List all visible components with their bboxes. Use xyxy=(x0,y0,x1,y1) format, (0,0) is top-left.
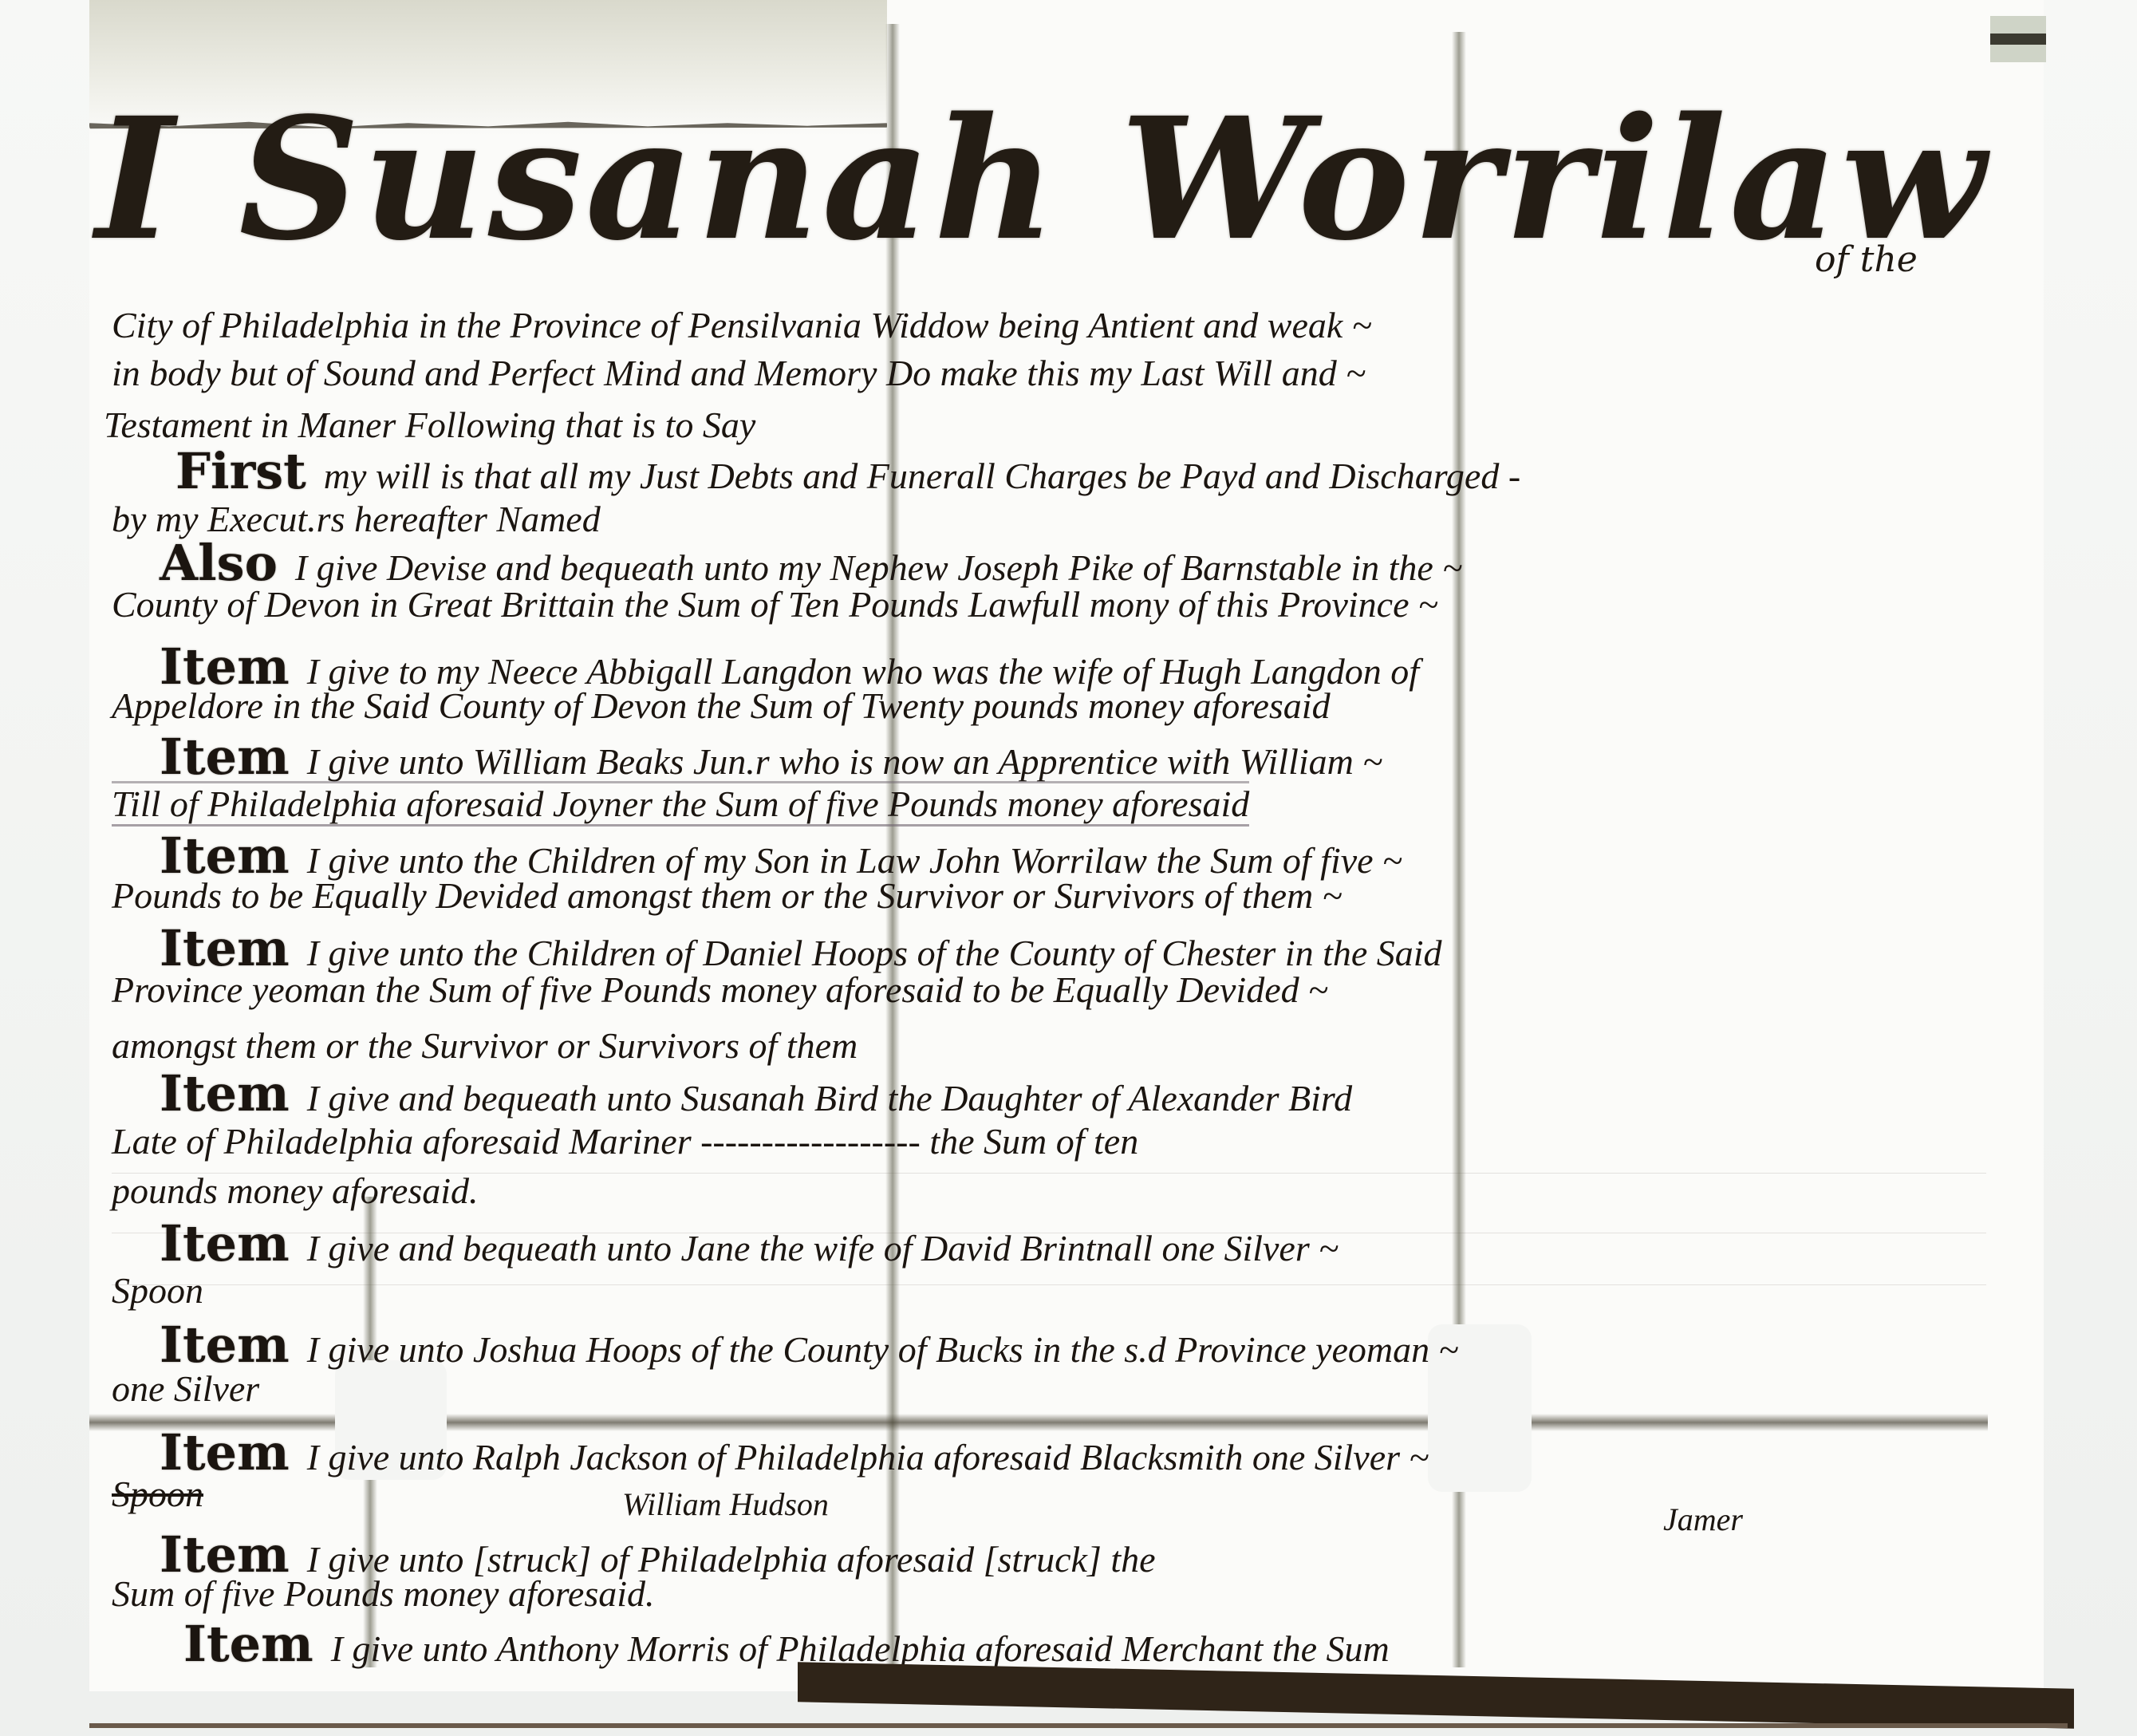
clause-lead: Item xyxy=(160,728,290,786)
body-line: in body but of Sound and Perfect Mind an… xyxy=(112,355,1366,392)
clause-item: ItemI give unto Joshua Hoops of the Coun… xyxy=(160,1320,1458,1370)
clause-first: Firstmy will is that all my Just Debts a… xyxy=(175,447,1520,496)
clause-item: ItemI give unto Anthony Morris of Philad… xyxy=(183,1620,1390,1669)
ruled-line xyxy=(112,1284,1986,1285)
clause-item: ItemI give to my Neece Abbigall Langdon … xyxy=(160,642,1419,692)
title-continuation: of the xyxy=(1815,239,1918,280)
clause-item: ItemI give unto William Beaks Jun.r who … xyxy=(160,732,1382,782)
body-line: City of Philadelphia in the Province of … xyxy=(112,307,1372,344)
clause-item: ItemI give unto [struck] of Philadelphia… xyxy=(160,1530,1156,1580)
clause-lead: Item xyxy=(160,1316,290,1374)
body-line: County of Devon in Great Brittain the Su… xyxy=(112,586,1438,623)
interlinear-insertion: Jamer xyxy=(1663,1504,1743,1536)
clause-item: ItemI give and bequeath unto Jane the wi… xyxy=(160,1219,1339,1268)
interlinear-insertion: William Hudson xyxy=(622,1489,829,1521)
body-line: pounds money aforesaid. xyxy=(112,1173,479,1209)
clause-item: ItemI give unto the Children of my Son i… xyxy=(160,831,1402,881)
body-line: Late of Philadelphia aforesaid Mariner -… xyxy=(112,1123,1138,1160)
body-line: one Silver xyxy=(112,1371,259,1407)
document-title: I Susanah Worrilaw xyxy=(96,96,1989,263)
body-line: Spoon xyxy=(112,1476,203,1513)
body-line: amongst them or the Survivor or Survivor… xyxy=(112,1028,858,1064)
clause-lead: Item xyxy=(160,1064,290,1122)
clause-also: AlsoI give Devise and bequeath unto my N… xyxy=(160,539,1462,588)
body-line: Pounds to be Equally Devided amongst the… xyxy=(112,878,1343,914)
body-line: Appeldore in the Said County of Devon th… xyxy=(112,688,1331,724)
body-line: Sum of five Pounds money aforesaid. xyxy=(112,1576,655,1612)
clause-lead: Item xyxy=(183,1615,313,1673)
clause-item: ItemI give and bequeath unto Susanah Bir… xyxy=(160,1069,1352,1119)
clause-lead: Item xyxy=(160,1214,290,1272)
clause-lead: First xyxy=(175,442,306,500)
clause-item: ItemI give unto Ralph Jackson of Philade… xyxy=(160,1428,1429,1478)
corner-mark xyxy=(1990,16,2046,62)
body-line: Testament in Maner Following that is to … xyxy=(104,407,755,444)
body-line: Till of Philadelphia aforesaid Joyner th… xyxy=(112,786,1249,823)
body-line: by my Execut.rs hereafter Named xyxy=(112,501,601,538)
body-line: Province yeoman the Sum of five Pounds m… xyxy=(112,972,1328,1008)
clause-item: ItemI give unto the Children of Daniel H… xyxy=(160,924,1442,973)
scan-bottom-edge xyxy=(89,1723,2068,1728)
body-line: Spoon xyxy=(112,1272,203,1309)
